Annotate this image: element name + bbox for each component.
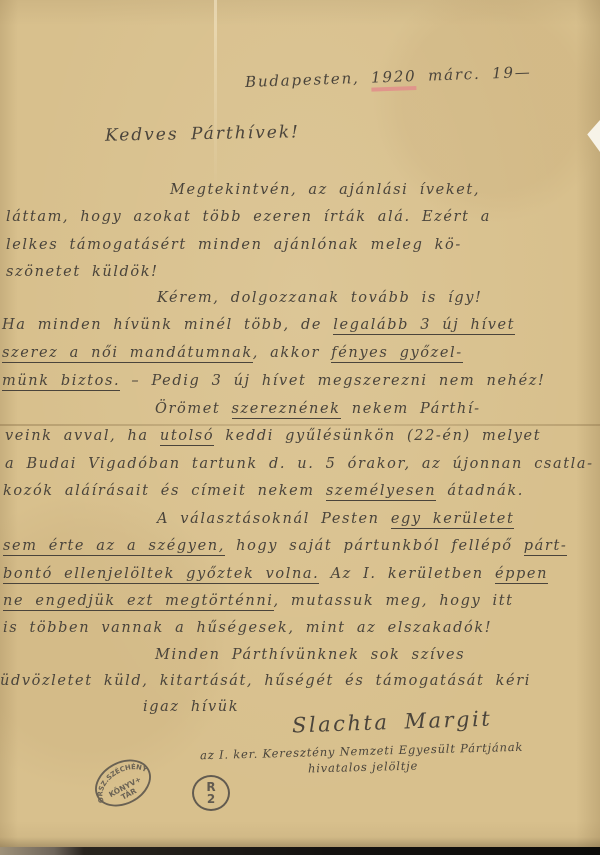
underlined-handwriting: személyesen bbox=[326, 483, 436, 501]
handwriting-text: – Pedig 3 új hívet megszerezni nem nehéz… bbox=[120, 373, 545, 389]
letter-line: ne engedjük ezt megtörténni, mutassuk me… bbox=[3, 593, 514, 609]
salutation: Kedves Párthívek! bbox=[105, 122, 300, 145]
handwriting-text: Kérem, dolgozzanak tovább is így! bbox=[157, 290, 482, 306]
underlined-handwriting: ne engedjük ezt megtörténni bbox=[3, 593, 274, 611]
letter-line: sem érte az a szégyen, hogy saját pártun… bbox=[3, 538, 567, 554]
date-line: Budapesten, 1920 márc. 19— bbox=[245, 63, 532, 91]
signature-role-line2: hivatalos jelöltje bbox=[308, 759, 418, 776]
handwriting-text: A választásoknál Pesten bbox=[157, 511, 391, 527]
letter-line: veink avval, ha utolsó keddi gyűlésünkön… bbox=[5, 428, 541, 444]
handwriting-text: , mutassuk meg, hogy itt bbox=[274, 593, 514, 609]
date-place-text: Budapesten, bbox=[245, 69, 372, 91]
handwriting-text: láttam, hogy azokat több ezeren írták al… bbox=[6, 209, 491, 225]
letter-line: igaz hívük bbox=[143, 699, 239, 715]
underlined-handwriting: egy kerületet bbox=[391, 511, 515, 529]
date-year-red-underlined: 1920 bbox=[371, 67, 417, 92]
underlined-handwriting: szereznének bbox=[232, 401, 341, 419]
handwriting-text: a Budai Vigadóban tartunk d. u. 5 órakor… bbox=[5, 456, 594, 472]
handwriting-text: üdvözletet küld, kitartását, hűségét és … bbox=[0, 673, 531, 689]
handwriting-text: kozók aláírásait és címeit nekem bbox=[3, 483, 326, 499]
underlined-handwriting: éppen bbox=[495, 566, 548, 584]
scan-bottom-edge bbox=[0, 847, 600, 855]
underlined-handwriting: münk biztos. bbox=[2, 373, 120, 391]
handwriting-text: keddi gyűlésünkön (22-én) melyet bbox=[214, 428, 541, 444]
underlined-handwriting: legalább 3 új hívet bbox=[333, 317, 515, 335]
letter-line: Örömet szereznének nekem Párthí- bbox=[155, 401, 481, 417]
r2-stamp: R 2 bbox=[192, 775, 230, 811]
underlined-handwriting: szerez a női mandátumnak bbox=[2, 345, 253, 363]
handwriting-text: igaz hívük bbox=[143, 699, 239, 715]
letter-line: is többen vannak a hűségesek, mint az el… bbox=[3, 620, 492, 636]
underlined-handwriting: bontó ellenjelöltek győztek volna. bbox=[3, 566, 319, 584]
handwriting-text: Az I. kerületben bbox=[319, 566, 495, 582]
handwriting-text: Megtekintvén, az ajánlási íveket, bbox=[170, 182, 480, 198]
handwriting-text: hogy saját pártunkból fellépő bbox=[225, 538, 524, 554]
handwriting-text: lelkes támogatásért minden ajánlónak mel… bbox=[6, 237, 462, 253]
letter-line: Kérem, dolgozzanak tovább is így! bbox=[157, 290, 482, 306]
letter-line: bontó ellenjelöltek győztek volna. Az I.… bbox=[3, 566, 548, 582]
library-stamp-arc-text: ORSZ.SZÉCHÉNYI bbox=[84, 746, 154, 805]
date-rest-text: márc. 19— bbox=[416, 63, 532, 85]
letter-line: Minden Párthívünknek sok szíves bbox=[155, 647, 465, 663]
letter-line: szerez a női mandátumnak, akkor fényes g… bbox=[2, 345, 463, 361]
handwriting-text: Minden Párthívünknek sok szíves bbox=[155, 647, 465, 663]
handwriting-text: , akkor bbox=[253, 345, 332, 361]
r2-stamp-number: 2 bbox=[207, 793, 215, 805]
paper-tear-notch bbox=[585, 120, 600, 152]
letter-line: üdvözletet küld, kitartását, hűségét és … bbox=[0, 673, 531, 689]
letter-line: szönetet küldök! bbox=[6, 264, 159, 280]
underlined-handwriting: párt- bbox=[524, 538, 568, 556]
handwriting-text: is többen vannak a hűségesek, mint az el… bbox=[3, 620, 492, 636]
signature-role-line1: az I. ker. Keresztény Nemzeti Egyesült P… bbox=[200, 740, 524, 762]
handwriting-text: nekem Párthí- bbox=[341, 401, 481, 417]
handwriting-text: Örömet bbox=[155, 401, 232, 417]
handwriting-text: veink avval, ha bbox=[5, 428, 160, 444]
handwriting-text: átadnák. bbox=[436, 483, 524, 499]
letter-line: A választásoknál Pesten egy kerületet bbox=[157, 511, 514, 527]
letter-line: a Budai Vigadóban tartunk d. u. 5 órakor… bbox=[5, 456, 594, 472]
underlined-handwriting: fényes győzel- bbox=[331, 345, 462, 363]
underlined-handwriting: sem érte az a szégyen, bbox=[3, 538, 225, 556]
letter-line: Megtekintvén, az ajánlási íveket, bbox=[170, 182, 480, 198]
library-stamp: ORSZ.SZÉCHÉNYI KÖNYV+ TÁR bbox=[84, 746, 162, 819]
letter-line: kozók aláírásait és címeit nekem személy… bbox=[3, 483, 524, 499]
signature: Slachta Margit bbox=[292, 707, 493, 738]
vertical-crease bbox=[214, 0, 217, 190]
letter-line: münk biztos. – Pedig 3 új hívet megszere… bbox=[2, 373, 545, 389]
handwriting-text: szönetet küldök! bbox=[6, 264, 159, 280]
letter-line: Ha minden hívünk minél több, de legalább… bbox=[2, 317, 515, 333]
fold-crease bbox=[0, 424, 600, 426]
letter-line: láttam, hogy azokat több ezeren írták al… bbox=[6, 209, 491, 225]
letter-line: lelkes támogatásért minden ajánlónak mel… bbox=[6, 237, 462, 253]
handwriting-text: Ha minden hívünk minél több, de bbox=[2, 317, 333, 333]
underlined-handwriting: utolsó bbox=[160, 428, 214, 446]
bottom-paper-shadow bbox=[0, 837, 600, 847]
letter-scan-page: Budapesten, 1920 márc. 19— Kedves Párthí… bbox=[0, 0, 600, 855]
